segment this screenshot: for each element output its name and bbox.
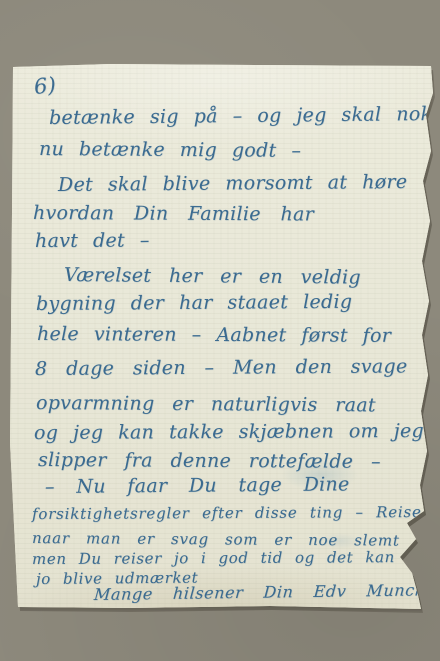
- handwriting-line: slipper fra denne rottefælde –: [38, 449, 381, 473]
- photo-background: 6) betænke sig på – og jeg skal nok nu b…: [0, 0, 440, 661]
- handwriting-line: havt det –: [35, 229, 150, 252]
- handwriting-line: hvordan Din Familie har: [33, 202, 314, 225]
- letter-page: 6) betænke sig på – og jeg skal nok nu b…: [10, 63, 433, 609]
- handwriting-line: bygning der har staaet ledig: [36, 291, 352, 315]
- handwriting-line: hele vinteren – Aabnet først for: [37, 323, 391, 347]
- handwriting-line: – Nu faar Du tage Dine: [45, 473, 350, 498]
- handwriting-line: Det skal blive morsomt at høre: [58, 171, 408, 196]
- handwriting-line: nu betænke mig godt –: [39, 138, 301, 162]
- handwriting-line: 8 dage siden – Men den svage: [35, 355, 408, 380]
- handwriting-line: Værelset her er en veldig: [64, 264, 361, 289]
- signature-line: Mange hilsener Din Edv Munch: [93, 580, 426, 604]
- handwriting-line: men Du reiser jo i god tid og det kan: [32, 548, 395, 568]
- handwriting-line: betænke sig på – og jeg skal nok: [49, 103, 433, 129]
- handwriting-line: naar man er svag som er noe slemt: [32, 529, 400, 550]
- handwriting-line: forsiktighetsregler efter disse ting – R…: [32, 503, 422, 523]
- page-number: 6): [33, 73, 58, 99]
- handwriting-line: opvarmning er naturligvis raat: [36, 392, 376, 416]
- handwriting-line: og jeg kan takke skjæbnen om jeg: [34, 420, 424, 444]
